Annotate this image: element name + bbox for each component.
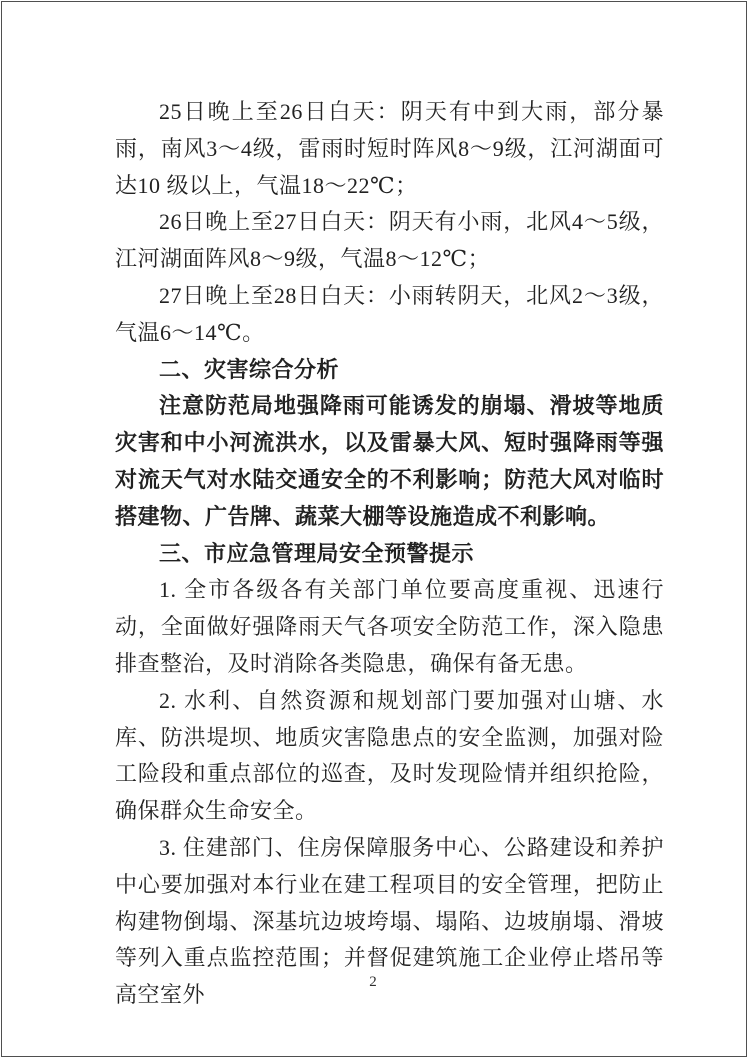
disaster-analysis-paragraph: 注意防范局地强降雨可能诱发的崩塌、滑坡等地质灾害和中小河流洪水，以及雷暴大风、短… xyxy=(115,388,664,535)
section-heading-disaster-analysis: 二、灾害综合分析 xyxy=(115,352,664,389)
forecast-paragraph-25-26: 25日晚上至26日白天：阴天有中到大雨，部分暴雨，南风3～4级，雷雨时短时阵风8… xyxy=(115,94,664,204)
section-heading-safety-warning: 三、市应急管理局安全预警提示 xyxy=(115,536,664,573)
document-body: 25日晚上至26日白天：阴天有中到大雨，部分暴雨，南风3～4级，雷雨时短时阵风8… xyxy=(115,94,664,1014)
safety-item-2: 2. 水利、自然资源和规划部门要加强对山塘、水库、防洪堤坝、地质灾害隐患点的安全… xyxy=(115,683,664,830)
forecast-paragraph-26-27: 26日晚上至27日白天：阴天有小雨，北风4～5级，江河湖面阵风8～9级，气温8～… xyxy=(115,204,664,278)
safety-item-1: 1. 全市各级各有关部门单位要高度重视、迅速行动，全面做好强降雨天气各项安全防范… xyxy=(115,572,664,682)
forecast-paragraph-27-28: 27日晚上至28日白天：小雨转阴天，北风2～3级，气温6～14℃。 xyxy=(115,278,664,352)
page-number: 2 xyxy=(0,974,746,991)
document-page: 25日晚上至26日白天：阴天有中到大雨，部分暴雨，南风3～4级，雷雨时短时阵风8… xyxy=(0,0,750,1059)
